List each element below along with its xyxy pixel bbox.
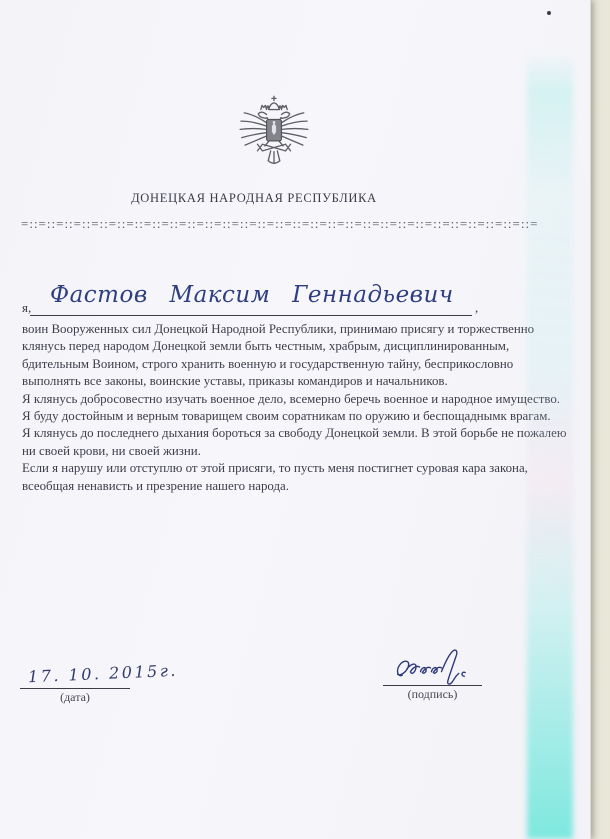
signature-label: (подпись) [383, 687, 482, 702]
oath-body: воин Вооруженных сил Донецкой Народной Р… [22, 321, 568, 495]
date-underline [20, 688, 130, 689]
oath-paragraph: Я клянусь до последнего дыхания бороться… [22, 425, 568, 460]
date-label: (дата) [20, 690, 130, 705]
signature-scribble [385, 647, 487, 689]
name-underline [30, 315, 472, 316]
coat-of-arms-emblem [232, 93, 316, 179]
signature-underline [383, 685, 482, 686]
oath-name-suffix: , [475, 300, 478, 316]
document-title: ДОНЕЦКАЯ НАРОДНАЯ РЕСПУБЛИКА [0, 191, 508, 206]
handwritten-name: Фастов Максим Геннадьевич [50, 282, 454, 308]
decorative-divider: =::=::=::=::=::=::=::=::=::=::=::=::=::=… [21, 216, 539, 233]
oath-paragraph: Если я нарушу или отступлю от этой прися… [22, 460, 568, 495]
oath-paragraph: воин Вооруженных сил Донецкой Народной Р… [22, 321, 568, 391]
oath-paragraph: Я клянусь добросовестно изучать военное … [22, 391, 568, 426]
paper-sheet: ДОНЕЦКАЯ НАРОДНАЯ РЕСПУБЛИКА =::=::=::=:… [0, 0, 591, 839]
scan-artifact-dot [547, 11, 551, 15]
oath-name-prefix: я, [22, 300, 31, 316]
scanned-document: { "header": { "title": "ДОНЕЦКАЯ НАРОДНА… [0, 0, 610, 839]
handwritten-date: 17. 10. 2015г. [28, 661, 179, 687]
